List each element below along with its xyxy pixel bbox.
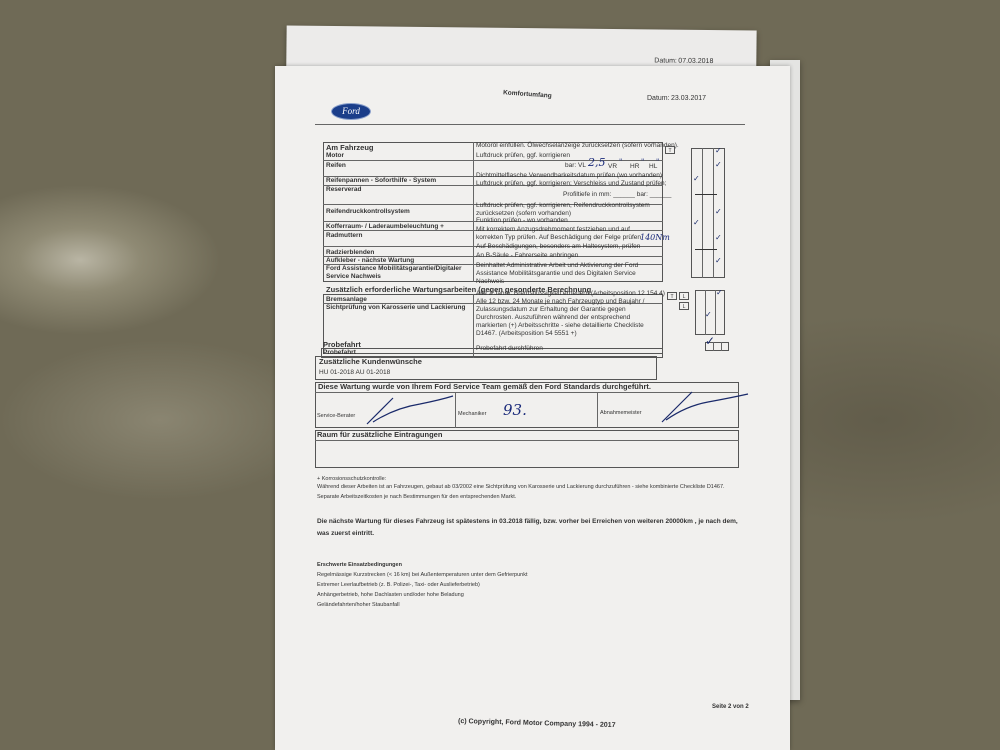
- date-value: 23.03.2017: [671, 95, 706, 102]
- dash-radzierblenden: [695, 249, 717, 250]
- korrosion-line2: Separate Arbeitszeitkosten je nach Besti…: [317, 494, 516, 500]
- pressure-label: bar: VL: [565, 162, 586, 169]
- section-title-kundenwuensche: Zusätzliche Kundenwünsche: [319, 357, 422, 366]
- ford-logo: Ford: [331, 103, 371, 120]
- copyright: (c) Copyright, Ford Motor Company 1994 -…: [458, 718, 616, 729]
- check-aufkleber: ✓: [715, 256, 722, 265]
- condition-item: Anhängerbetrieb, hohe Dachlasten und/ode…: [317, 592, 464, 598]
- code-motor: T: [665, 146, 675, 154]
- check-reifendruck: ✓: [715, 207, 722, 216]
- row-divider: [323, 160, 663, 161]
- task-bremsanlage: Alle 2 Jahre: Bremsflüssigkeit erneuern …: [476, 290, 665, 297]
- dash-reserverad: [695, 194, 717, 195]
- code-sichtpruefung-l: L: [679, 302, 689, 310]
- task-reifendruck: Luftdruck prüfen, ggf. korrigieren, Reif…: [476, 202, 656, 218]
- label-mechaniker: Mechaniker: [458, 411, 486, 417]
- check-reifenpannen: ✓: [693, 174, 700, 183]
- task-reifenpannen: Dichtmittelflasche Verwendbarkeitsdatum …: [476, 172, 662, 179]
- item-reifenpannen: Reifenpannen - Soforthilfe - System: [326, 177, 436, 184]
- back-date-value: 07.03.2018: [678, 58, 713, 65]
- check-reifen: ✓: [715, 160, 722, 169]
- pressure-vr: ": [619, 158, 622, 166]
- grid-line: [713, 148, 714, 278]
- task-motor: Motoröl einfüllen. Ölwechselanzeige zurü…: [476, 142, 679, 149]
- code-bremsanlage-l: L: [679, 292, 689, 300]
- kundenwuensche-text: HU 01-2018 AU 01-2018: [319, 369, 390, 376]
- task-aufkleber: An B-Säule - Fahrerseite anbringen: [476, 252, 578, 259]
- section-title-am-fahrzeug: Am Fahrzeug: [326, 143, 374, 152]
- abnahmemeister-signature: [660, 388, 750, 424]
- label-abnahmemeister: Abnahmemeister: [600, 410, 642, 416]
- header-rule: [315, 124, 745, 125]
- column-divider: [455, 392, 456, 428]
- task-radmuttern: Mit korrektem Anzugsdrehmoment festziehe…: [476, 226, 646, 242]
- conditions-title: Erschwerte Einsatzbedingungen: [317, 562, 402, 568]
- task-kofferraum: Funktion prüfen - wo vorhanden: [476, 217, 568, 224]
- item-kofferraum: Kofferraum- / Laderaumbeleuchtung +: [326, 223, 444, 230]
- mechaniker-signature: 93.: [503, 401, 527, 419]
- item-aufkleber: Aufkleber - nächste Wartung: [326, 257, 414, 264]
- item-radmuttern: Radmuttern: [326, 232, 362, 239]
- torque-handwritten: 140Nm: [640, 233, 670, 242]
- check-kofferraum: ✓: [693, 218, 700, 227]
- label-service-berater: Service-Berater: [317, 413, 355, 419]
- service-document: Ford Komfortumfang Datum: 23.03.2017 Am …: [275, 66, 790, 750]
- code-bremsanlage-t: T: [667, 292, 677, 300]
- condition-item: Regelmässige Kurzstrecken (< 16 km) bei …: [317, 572, 527, 578]
- condition-item: Extremer Leerlaufbetrieb (z. B. Polizei-…: [317, 582, 480, 588]
- korrosion-line1: Während dieser Arbeiten ist an Fahrzeuge…: [317, 484, 725, 490]
- task-probefahrt: Probefahrt durchführen: [476, 345, 543, 352]
- item-reifen: Reifen: [326, 162, 346, 169]
- date-label: Datum:: [647, 95, 670, 102]
- column-divider: [473, 142, 474, 282]
- korrosion-title: + Korrosionsschutzkontrolle:: [317, 476, 386, 482]
- item-reserverad: Reserverad: [326, 186, 361, 193]
- task-sichtpruefung: Alle 12 bzw. 24 Monate je nach Fahrzeugt…: [476, 298, 661, 338]
- task-radzierblenden: Auf Beschädigungen, besonders am Haltesy…: [476, 243, 640, 250]
- next-service-line2: was zuerst eintritt.: [317, 530, 374, 537]
- section-title-raum: Raum für zusätzliche Eintragungen: [317, 430, 442, 439]
- grid-line: [721, 342, 722, 351]
- pressure-vl: 2,5: [588, 156, 606, 169]
- grid-line: [702, 148, 703, 278]
- item-ford-assistance: Ford Assistance Mobilitätsgarantie/Digit…: [326, 265, 471, 281]
- check-sichtpruefung: ✓: [705, 310, 712, 319]
- service-berater-signature: [365, 394, 455, 426]
- task-ford-assistance: Beinhaltet Administrative Arbeit und Akt…: [476, 262, 661, 286]
- next-service-line1: Die nächste Wartung für dieses Fahrzeug …: [317, 518, 738, 525]
- check-probefahrt: ✓: [705, 334, 715, 348]
- task-reifen: Luftdruck prüfen, ggf. korrigieren: [476, 152, 570, 159]
- item-sichtpruefung: Sichtprüfung von Karosserie und Lackieru…: [326, 304, 465, 311]
- page-number: Seite 2 von 2: [712, 704, 749, 710]
- pressure-hr: ": [641, 158, 644, 166]
- item-reifendruck: Reifendruckkontrollsystem: [326, 208, 410, 215]
- row-divider: [315, 440, 739, 441]
- doc-title: Komfortumfang: [503, 89, 552, 99]
- check-bremsanlage: ✓: [716, 288, 723, 297]
- back-date-label: Datum:: [654, 57, 677, 64]
- condition-item: Geländefahrten/hoher Staubanfall: [317, 602, 400, 608]
- column-divider: [597, 392, 598, 428]
- item-motor: Motor: [326, 152, 344, 159]
- signature-statement: Diese Wartung wurde von Ihrem Ford Servi…: [318, 382, 651, 391]
- reserverad-extra: Profiltiefe in mm: ______ bar: ______: [563, 191, 671, 198]
- item-radzierblenden: Radzierblenden: [326, 249, 374, 256]
- item-bremsanlage: Bremsanlage: [326, 296, 367, 303]
- check-radmuttern: ✓: [715, 233, 722, 242]
- item-probefahrt: Probefahrt: [323, 349, 356, 356]
- pressure-hl: ": [656, 158, 659, 166]
- task-reserverad: Luftdruck prüfen, ggf. korrigieren; Vers…: [476, 180, 666, 187]
- check-motor: ✓: [715, 146, 722, 155]
